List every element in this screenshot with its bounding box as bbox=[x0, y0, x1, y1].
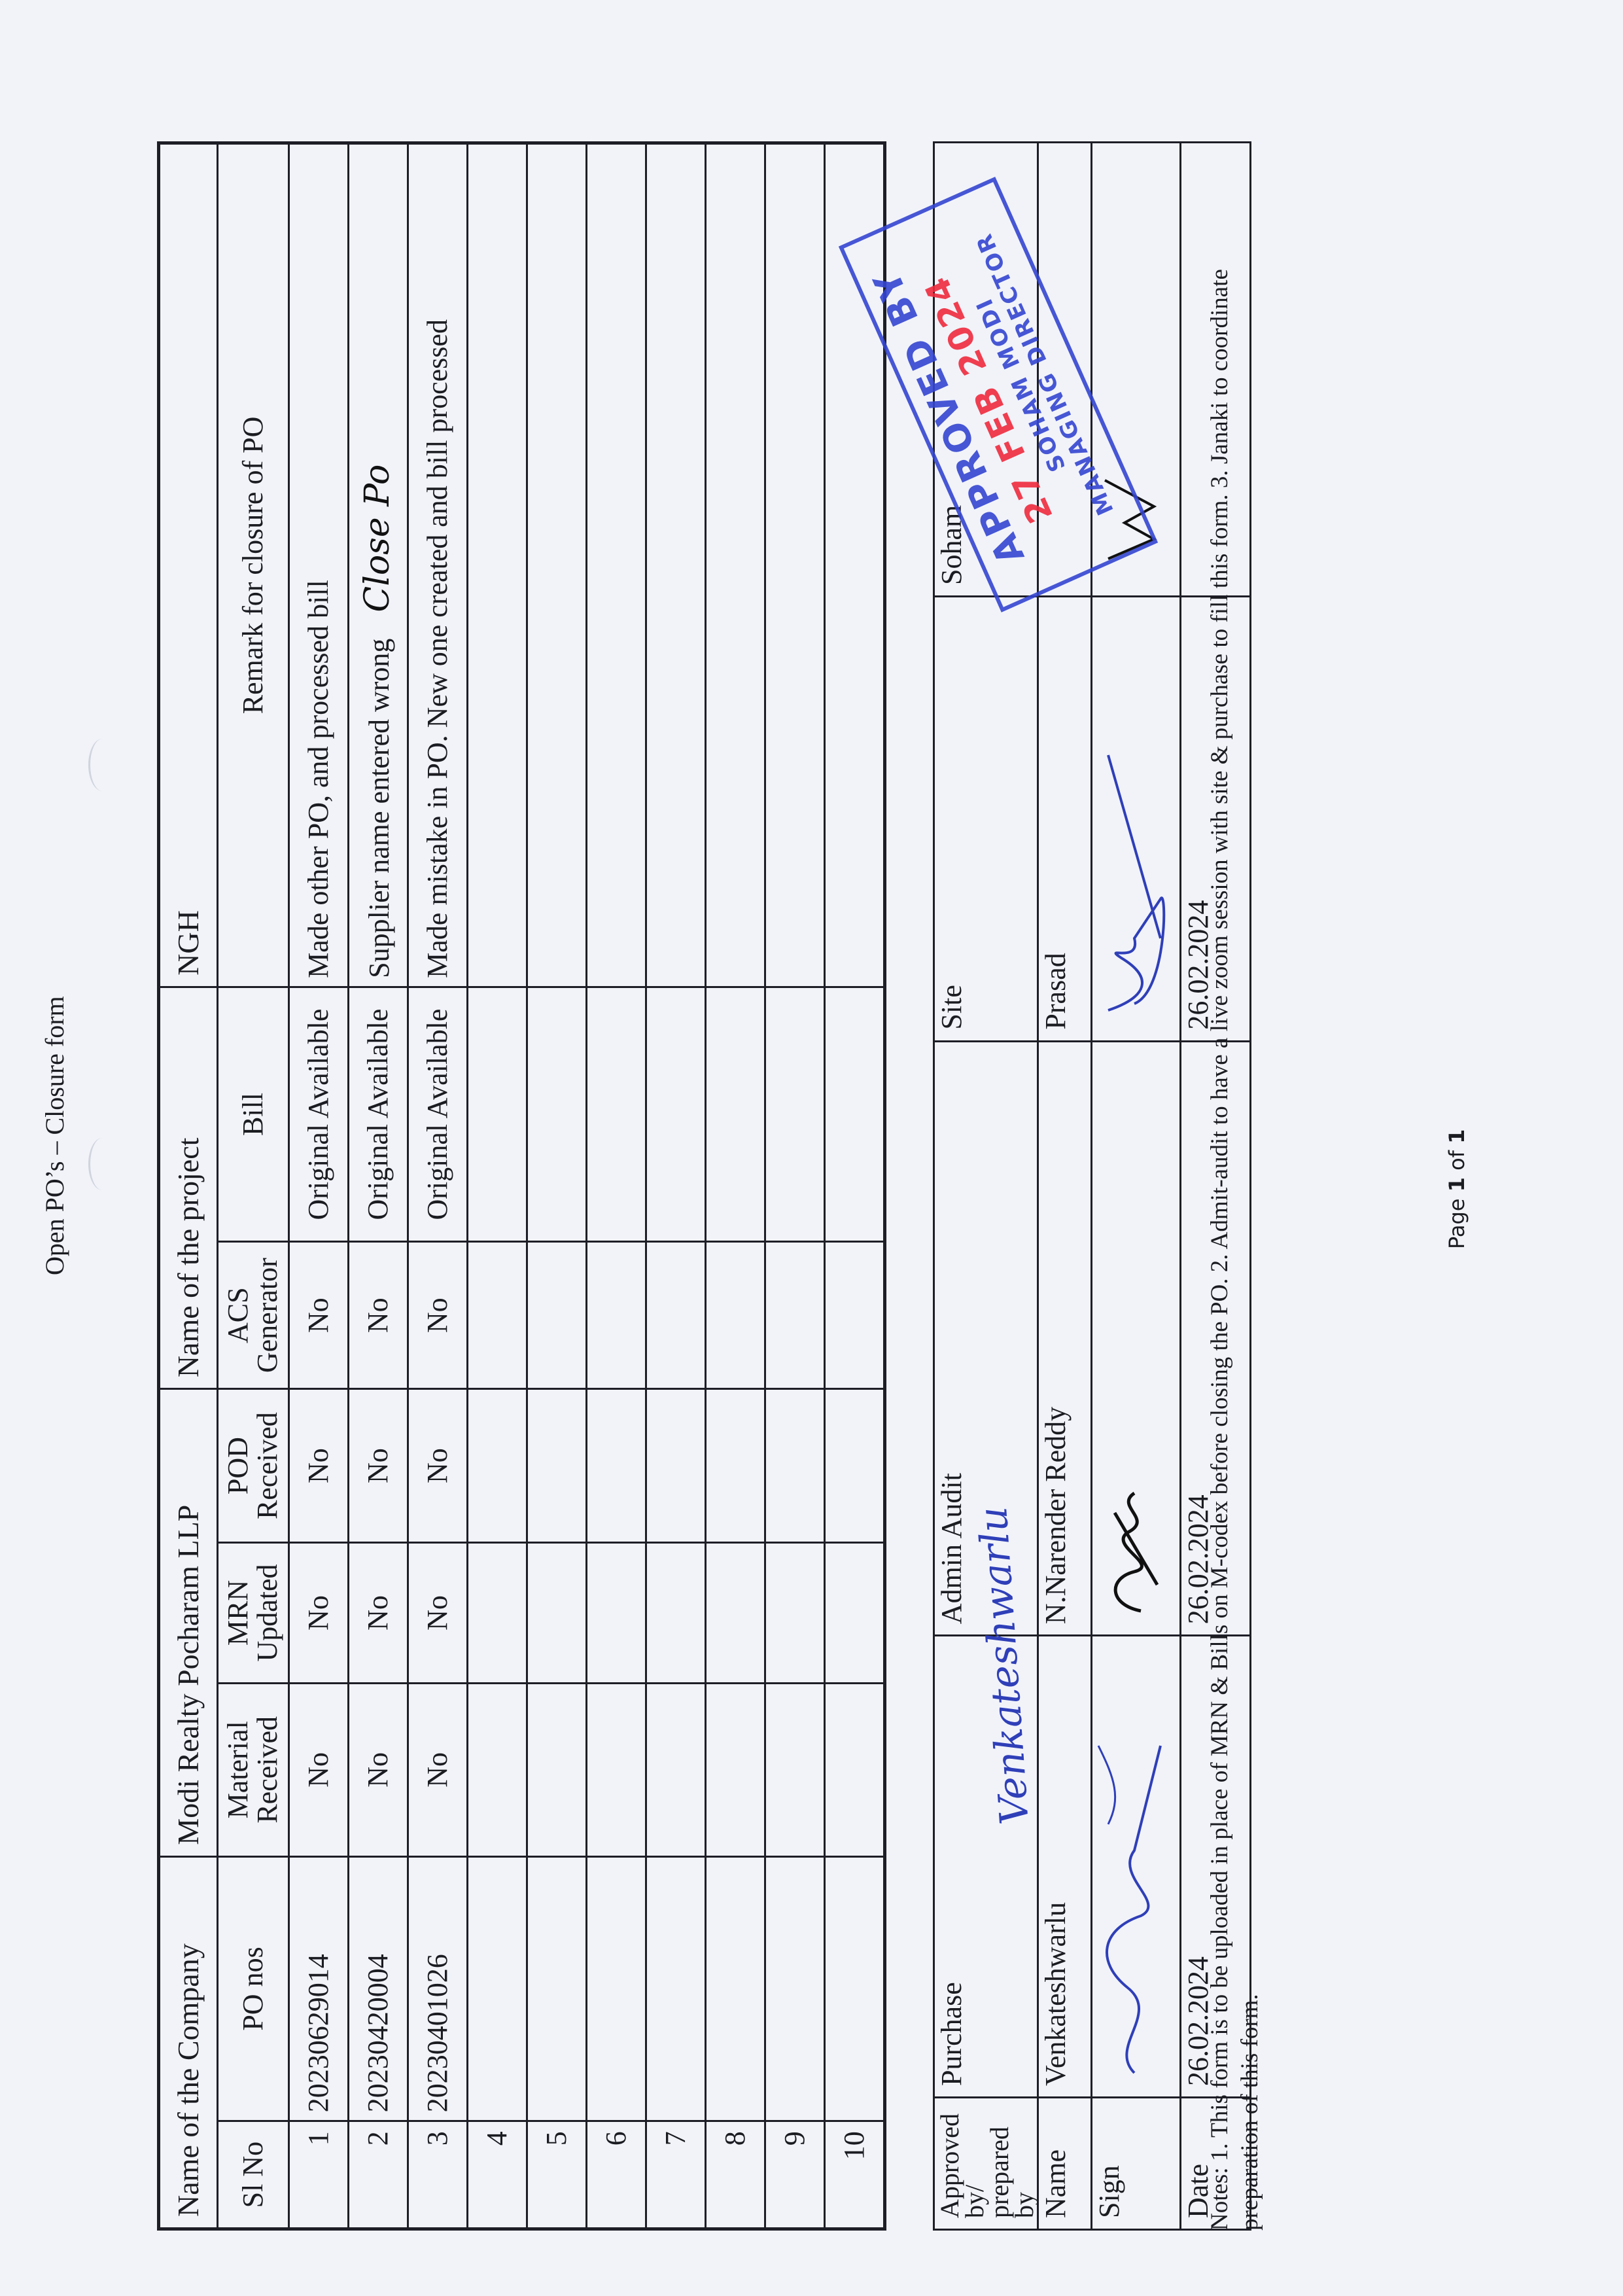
signature-purchase-icon bbox=[1095, 1693, 1174, 2086]
cell-acs: No bbox=[408, 1242, 468, 1389]
cell-po bbox=[765, 1856, 825, 2121]
row-label-sign: Sign bbox=[1092, 2098, 1181, 2230]
cell-mrn bbox=[706, 1543, 765, 1684]
sign-site bbox=[1092, 596, 1181, 1041]
col-header-acs: ACS Generator bbox=[218, 1242, 289, 1389]
table-row: 5 bbox=[527, 143, 587, 2229]
col-header-remark: Remark for closure of PO bbox=[218, 143, 289, 987]
cell-pod bbox=[587, 1389, 646, 1543]
cell-sl: 10 bbox=[825, 2121, 885, 2229]
cell-remark bbox=[468, 143, 527, 987]
col-header-pod: POD Received bbox=[218, 1389, 289, 1543]
cell-po bbox=[706, 1856, 765, 2121]
name-site: Prasad bbox=[1038, 596, 1092, 1041]
page-label: Page bbox=[1444, 1199, 1469, 1249]
cell-material bbox=[587, 1683, 646, 1856]
page-total: 1 bbox=[1444, 1129, 1469, 1144]
cell-po bbox=[825, 1856, 885, 2121]
cell-acs bbox=[587, 1242, 646, 1389]
cell-material: No bbox=[408, 1683, 468, 1856]
cell-sl: 9 bbox=[765, 2121, 825, 2229]
page-of: of bbox=[1444, 1150, 1469, 1171]
cell-bill bbox=[825, 987, 885, 1241]
cell-bill: Original Available bbox=[289, 987, 349, 1241]
cell-material bbox=[468, 1683, 527, 1856]
sign-purchase bbox=[1092, 1636, 1181, 2098]
cell-acs: No bbox=[349, 1242, 408, 1389]
table-row: 4 bbox=[468, 143, 527, 2229]
cell-material bbox=[765, 1683, 825, 1856]
table-row: 10 bbox=[825, 143, 885, 2229]
name-purchase: Venkateshwarlu bbox=[1038, 1636, 1092, 2098]
cell-mrn bbox=[468, 1543, 527, 1684]
cell-remark: Supplier name entered wrongClose Po bbox=[349, 143, 408, 987]
cell-remark: Made other PO, and processed bill bbox=[289, 143, 349, 987]
page-number: Page 1 of 1 bbox=[1444, 1129, 1469, 1249]
table-row: 320230401026NoNoNoNoOriginal AvailableMa… bbox=[408, 143, 468, 2229]
cell-po bbox=[468, 1856, 527, 2121]
cell-mrn bbox=[765, 1543, 825, 1684]
cell-po bbox=[587, 1856, 646, 2121]
notes: Notes: 1. This form is to be uploaded in… bbox=[1205, 137, 1266, 2231]
page-current: 1 bbox=[1444, 1177, 1469, 1192]
cell-sl: 1 bbox=[289, 2121, 349, 2229]
cell-mrn bbox=[646, 1543, 706, 1684]
table-row: 7 bbox=[646, 143, 706, 2229]
cell-pod: No bbox=[289, 1389, 349, 1543]
cell-bill: Original Available bbox=[408, 987, 468, 1241]
remark-text: Supplier name entered wrong bbox=[363, 639, 395, 978]
cell-po bbox=[527, 1856, 587, 2121]
col-header-material: Material Received bbox=[218, 1683, 289, 1856]
cell-mrn: No bbox=[408, 1543, 468, 1684]
notes-line-2: preparation of this form. bbox=[1235, 137, 1265, 2231]
project-label: Name of the project bbox=[159, 987, 218, 1388]
table-row: 6 bbox=[587, 143, 646, 2229]
cell-sl: 6 bbox=[587, 2121, 646, 2229]
cell-mrn: No bbox=[289, 1543, 349, 1684]
col-header-bill: Bill bbox=[218, 987, 289, 1241]
column-header-row: Sl No PO nos Material Received MRN Updat… bbox=[218, 143, 289, 2229]
cell-remark bbox=[527, 143, 587, 987]
cell-sl: 7 bbox=[646, 2121, 706, 2229]
cell-bill bbox=[765, 987, 825, 1241]
cell-bill bbox=[527, 987, 587, 1241]
punch-hole bbox=[88, 1138, 116, 1190]
scanned-page: Open PO’s – Closure form Name of the Com… bbox=[0, 0, 1623, 2296]
row-label-name: Name bbox=[1038, 2098, 1092, 2230]
cell-mrn bbox=[527, 1543, 587, 1684]
cell-po: 20230629014 bbox=[289, 1856, 349, 2121]
company-project-row: Name of the Company Modi Realty Pocharam… bbox=[159, 143, 218, 2229]
cell-mrn bbox=[587, 1543, 646, 1684]
cell-bill: Original Available bbox=[349, 987, 408, 1241]
cell-remark bbox=[646, 143, 706, 987]
cell-pod bbox=[527, 1389, 587, 1543]
cell-acs bbox=[468, 1242, 527, 1389]
notes-line-1: Notes: 1. This form is to be uploaded in… bbox=[1205, 137, 1235, 2231]
cell-acs bbox=[706, 1242, 765, 1389]
cell-bill bbox=[587, 987, 646, 1241]
cell-material bbox=[825, 1683, 885, 1856]
cell-mrn bbox=[825, 1543, 885, 1684]
table-row: 120230629014NoNoNoNoOriginal AvailableMa… bbox=[289, 143, 349, 2229]
cell-pod: No bbox=[408, 1389, 468, 1543]
cell-pod bbox=[468, 1389, 527, 1543]
name-admin-audit: N.Narender Reddy bbox=[1038, 1041, 1092, 1636]
cell-pod bbox=[646, 1389, 706, 1543]
cell-bill bbox=[646, 987, 706, 1241]
cell-mrn: No bbox=[349, 1543, 408, 1684]
row-label-approved-by: Approved by/ prepared by bbox=[934, 2098, 1038, 2230]
cell-sl: 4 bbox=[468, 2121, 527, 2229]
company-label: Name of the Company bbox=[159, 1856, 218, 2229]
table-row: 9 bbox=[765, 143, 825, 2229]
cell-sl: 5 bbox=[527, 2121, 587, 2229]
signature-admin-audit-icon bbox=[1095, 1428, 1174, 1624]
cell-sl: 2 bbox=[349, 2121, 408, 2229]
company-value: Modi Realty Pocharam LLP bbox=[159, 1389, 218, 1857]
dept-site: Site bbox=[934, 596, 1038, 1041]
cell-remark bbox=[765, 143, 825, 987]
handwritten-remark: Close Po bbox=[358, 465, 397, 612]
col-header-sl: Sl No bbox=[218, 2121, 289, 2229]
col-header-mrn: MRN Updated bbox=[218, 1543, 289, 1684]
name-purchase-text: Venkateshwarlu bbox=[1039, 1902, 1072, 2086]
table-row: 220230420004NoNoNoNoOriginal AvailableSu… bbox=[349, 143, 408, 2229]
cell-material: No bbox=[349, 1683, 408, 1856]
form-title: Open PO’s – Closure form bbox=[39, 817, 70, 1275]
cell-po bbox=[646, 1856, 706, 2121]
cell-remark bbox=[706, 143, 765, 987]
cell-bill bbox=[706, 987, 765, 1241]
cell-acs bbox=[527, 1242, 587, 1389]
signature-site-icon bbox=[1095, 703, 1174, 1030]
cell-pod bbox=[825, 1389, 885, 1543]
cell-pod bbox=[706, 1389, 765, 1543]
cell-material bbox=[527, 1683, 587, 1856]
col-header-po: PO nos bbox=[218, 1856, 289, 2121]
sign-admin-audit bbox=[1092, 1041, 1181, 1636]
cell-material bbox=[706, 1683, 765, 1856]
cell-material bbox=[646, 1683, 706, 1856]
cell-sl: 3 bbox=[408, 2121, 468, 2229]
page-content: Open PO’s – Closure form Name of the Com… bbox=[0, 0, 1623, 2296]
cell-material: No bbox=[289, 1683, 349, 1856]
cell-po: 20230420004 bbox=[349, 1856, 408, 2121]
cell-remark: Made mistake in PO. New one created and … bbox=[408, 143, 468, 987]
project-value: NGH bbox=[159, 143, 218, 987]
cell-pod bbox=[765, 1389, 825, 1543]
cell-sl: 8 bbox=[706, 2121, 765, 2229]
cell-acs bbox=[825, 1242, 885, 1389]
cell-po: 20230401026 bbox=[408, 1856, 468, 2121]
cell-pod: No bbox=[349, 1389, 408, 1543]
cell-acs bbox=[646, 1242, 706, 1389]
cell-bill bbox=[468, 987, 527, 1241]
po-closure-table: Name of the Company Modi Realty Pocharam… bbox=[157, 141, 886, 2231]
cell-remark bbox=[587, 143, 646, 987]
cell-acs: No bbox=[289, 1242, 349, 1389]
punch-hole bbox=[88, 739, 116, 791]
cell-acs bbox=[765, 1242, 825, 1389]
table-row: 8 bbox=[706, 143, 765, 2229]
